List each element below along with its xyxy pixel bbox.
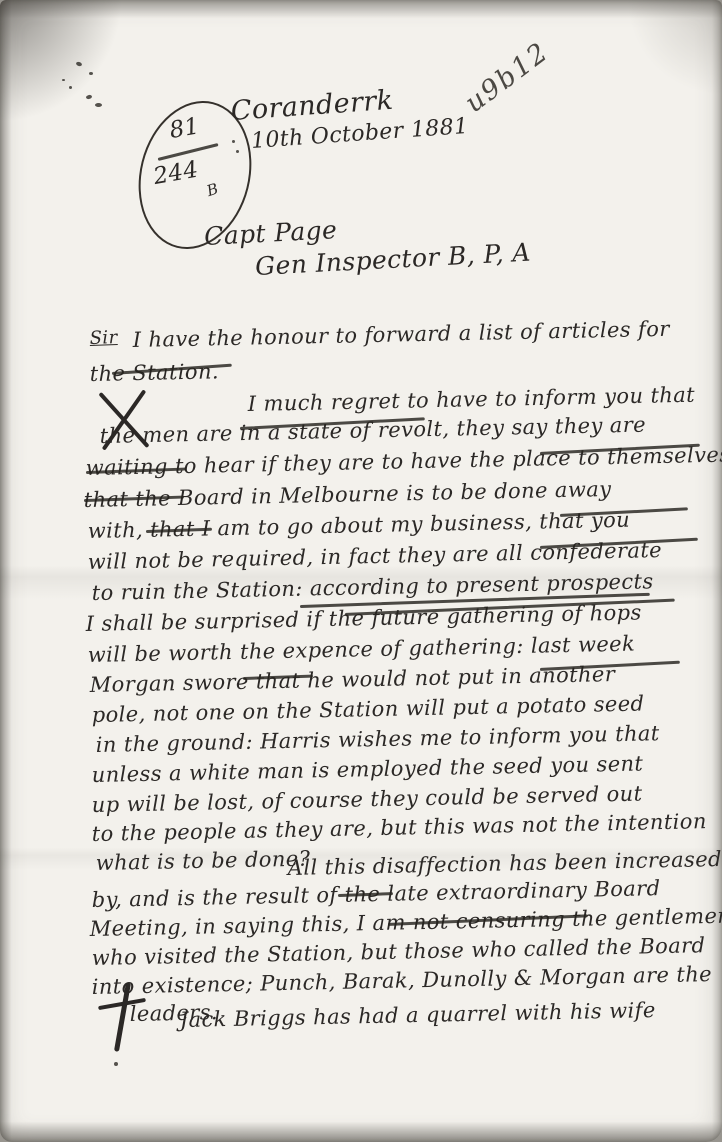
body-line: in the ground: Harris wishes me to infor… — [95, 721, 659, 757]
margin-cross-mark — [96, 982, 152, 1056]
body-line: to ruin the Station: according to presen… — [91, 569, 653, 605]
ink-spot — [89, 72, 93, 75]
ink-spot — [86, 94, 93, 99]
body-line: Morgan swore that he would not put in an… — [89, 662, 615, 697]
body-line: the men are in a state of revolt, they s… — [99, 413, 646, 448]
body-line: Jack Briggs has had a quarrel with his w… — [179, 998, 655, 1032]
ink-spot — [95, 103, 102, 107]
body-line: the Station. — [89, 359, 219, 386]
body-line: that the Board in Melbourne is to be don… — [83, 477, 611, 512]
body-line: pole, not one on the Station will put a … — [91, 691, 644, 727]
ink-spot — [232, 140, 235, 143]
margin-x-mark — [92, 388, 154, 452]
ink-spot — [69, 86, 72, 89]
letter-page: u9b12 81 244 B Coranderrk 10th October 1… — [0, 0, 722, 1142]
body-line: what is to be done? — [95, 847, 310, 875]
file-number-numerator: 81 — [167, 113, 201, 144]
body-line: I have the honour to forward a list of a… — [132, 317, 669, 352]
body-line: with, that I am to go about my business,… — [87, 508, 630, 543]
ink-spot — [236, 150, 239, 153]
body-line: unless a white man is employed the seed … — [91, 751, 643, 787]
body-line: will be worth the expence of gathering: … — [87, 632, 635, 667]
pencil-registry-note: u9b12 — [459, 36, 554, 119]
salutation: Sir — [89, 327, 118, 349]
ink-spot — [75, 61, 82, 67]
body-line: I much regret to have to inform you that — [247, 383, 695, 416]
body-line: All this disaffection has been increased — [287, 847, 722, 880]
recipient-name: Capt Page — [203, 215, 337, 251]
ink-spot — [62, 79, 65, 81]
